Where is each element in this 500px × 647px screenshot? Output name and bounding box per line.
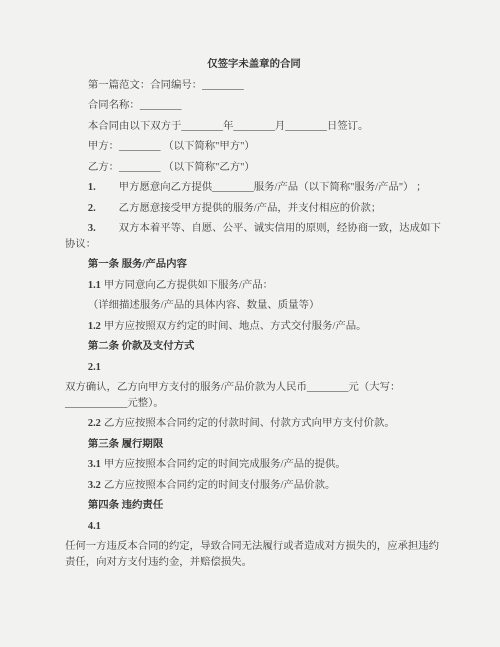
clause-number: 2.1 — [65, 360, 443, 376]
document-title: 仅签字未盖章的合同 — [65, 57, 443, 73]
contract-body: 第一篇范文：合同编号：________合同名称：________本合同由以下双方… — [65, 78, 443, 571]
section-heading: 第四条 违约责任 — [65, 498, 443, 514]
paragraph-text: 甲方应按照本合同约定的时间完成服务/产品的提供。 — [104, 459, 346, 470]
paragraph-text: 第四条 违约责任 — [88, 500, 163, 511]
clause-number-label: 1.1 — [88, 280, 101, 291]
paragraph-text: 双方本着平等、自愿、公平、诚实信用的原则，经协商一致，达成如下协议： — [65, 223, 441, 250]
paragraph-text: 第三条 履行期限 — [88, 439, 163, 450]
paragraph: 甲方：________ （以下简称"甲方"） — [65, 139, 443, 155]
paragraph-text: 甲方同意向乙方提供如下服务/产品： — [104, 280, 273, 291]
numbered-item: 1.甲方愿意向乙方提供________服务/产品（以下简称"服务/产品"） ； — [65, 180, 443, 196]
clause-paragraph: 1.2甲方应按照双方约定的时间、地点、方式交付服务/产品。 — [65, 319, 443, 335]
paragraph: 本合同由以下双方于________年________月________日签订。 — [65, 119, 443, 135]
paragraph: 任何一方违反本合同的约定，导致合同无法履行或者造成对方损失的，应承担违约责任，向… — [65, 539, 443, 570]
paragraph-text: （详细描述服务/产品的具体内容、数量、质量等） — [88, 300, 319, 311]
clause-paragraph: 1.1甲方同意向乙方提供如下服务/产品： — [65, 278, 443, 294]
clause-paragraph: 3.2乙方应按照本合同约定的时间支付服务/产品价款。 — [65, 478, 443, 494]
section-heading: 第三条 履行期限 — [65, 437, 443, 453]
paragraph-text: 第一条 服务/产品内容 — [88, 259, 187, 270]
paragraph-text: 双方确认，乙方向甲方支付的服务/产品价款为人民币________元（大写：___… — [65, 382, 400, 409]
section-heading: 第一条 服务/产品内容 — [65, 257, 443, 273]
paragraph: 乙方：________ （以下简称"乙方"） — [65, 160, 443, 176]
clause-number-label: 3.1 — [88, 459, 101, 470]
clause-number-label: 2.1 — [88, 362, 101, 373]
paragraph-text: 第一篇范文：合同编号：________ — [88, 80, 244, 91]
paragraph: 第一篇范文：合同编号：________ — [65, 78, 443, 94]
paragraph-text: 合同名称：________ — [88, 100, 182, 111]
clause-number-label: 2. — [88, 203, 96, 214]
clause-paragraph: 3.1甲方应按照本合同约定的时间完成服务/产品的提供。 — [65, 457, 443, 473]
clause-number: 4.1 — [65, 519, 443, 535]
paragraph-text: 乙方：________ （以下简称"乙方"） — [88, 162, 255, 173]
clause-paragraph: 2.2乙方应按照本合同约定的付款时间、付款方式向甲方支付价款。 — [65, 416, 443, 432]
paragraph-text: 第二条 价款及支付方式 — [88, 341, 195, 352]
paragraph: 合同名称：________ — [65, 98, 443, 114]
paragraph-text: 任何一方违反本合同的约定，导致合同无法履行或者造成对方损失的，应承担违约责任，向… — [65, 541, 439, 568]
contract-document-page: 仅签字未盖章的合同 第一篇范文：合同编号：________合同名称：______… — [0, 0, 500, 647]
paragraph: （详细描述服务/产品的具体内容、数量、质量等） — [65, 298, 443, 314]
section-heading: 第二条 价款及支付方式 — [65, 339, 443, 355]
paragraph: 双方确认，乙方向甲方支付的服务/产品价款为人民币________元（大写：___… — [65, 380, 443, 411]
paragraph-text: 乙方应按照本合同约定的付款时间、付款方式向甲方支付价款。 — [104, 418, 395, 429]
paragraph-text: 甲方：________ （以下简称"甲方"） — [88, 141, 255, 152]
clause-number-label: 3. — [88, 223, 96, 234]
paragraph-text: 本合同由以下双方于________年________月________日签订。 — [88, 121, 369, 132]
clause-number-label: 3.2 — [88, 480, 101, 491]
clause-number-label: 1.2 — [88, 321, 101, 332]
clause-number-label: 2.2 — [88, 418, 101, 429]
paragraph-text: 乙方愿意接受甲方提供的服务/产品，并支付相应的价款； — [119, 203, 382, 214]
paragraph-text: 甲方应按照双方约定的时间、地点、方式交付服务/产品。 — [104, 321, 367, 332]
clause-number-label: 1. — [88, 182, 96, 193]
numbered-item: 2.乙方愿意接受甲方提供的服务/产品，并支付相应的价款； — [65, 201, 443, 217]
clause-number-label: 4.1 — [88, 521, 101, 532]
numbered-item: 3.双方本着平等、自愿、公平、诚实信用的原则，经协商一致，达成如下协议： — [65, 221, 443, 252]
paragraph-text: 甲方愿意向乙方提供________服务/产品（以下简称"服务/产品"） ； — [119, 182, 427, 193]
paragraph-text: 乙方应按照本合同约定的时间支付服务/产品价款。 — [104, 480, 335, 491]
